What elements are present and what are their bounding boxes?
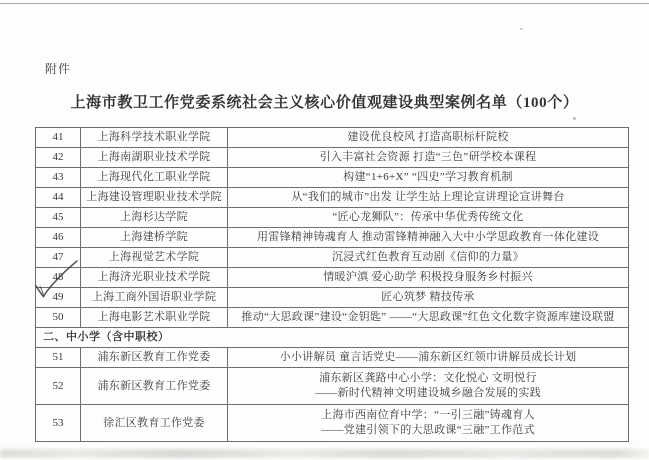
table-row: 42上海南湖职业技术学院引入丰富社会资源 打造“三色”研学校本课程 bbox=[36, 148, 629, 168]
case-number-cell: 49 bbox=[36, 288, 81, 308]
case-title-cell: 情暖沪滇 爱心助学 积极投身服务乡村振兴 bbox=[228, 268, 629, 288]
case-title-line: 情暖沪滇 爱心助学 积极投身服务乡村振兴 bbox=[230, 270, 626, 285]
case-title-line: 构建“1+6+X” “四史”学习教育机制 bbox=[230, 170, 626, 185]
case-number-cell: 46 bbox=[36, 228, 81, 248]
unit-name-cell: 上海视觉艺术学院 bbox=[81, 248, 228, 268]
case-number-cell: 44 bbox=[36, 188, 81, 208]
case-title-line: “匠心龙狮队”：传承中华优秀传统文化 bbox=[230, 210, 626, 225]
unit-name-cell: 上海工商外国语职业学院 bbox=[81, 288, 228, 308]
unit-name-cell: 浦东新区教育工作党委 bbox=[81, 368, 228, 405]
case-number-cell: 50 bbox=[36, 308, 81, 328]
case-title-cell: 匠心筑梦 精技传承 bbox=[228, 288, 629, 308]
table-row: 43上海现代化工职业学院构建“1+6+X” “四史”学习教育机制 bbox=[36, 168, 629, 188]
case-number-cell: 42 bbox=[36, 148, 81, 168]
case-title-cell: 浦东新区龚路中心小学：文化悦心 文明悦行——新时代精神文明建设城乡融合发展的实践 bbox=[228, 368, 629, 405]
scan-speck bbox=[520, 28, 523, 30]
table-row: 45上海杉达学院“匠心龙狮队”：传承中华优秀传统文化 bbox=[36, 208, 629, 228]
table-row: 51浦东新区教育工作党委小小讲解员 童言话党史——浦东新区红领巾讲解员成长计划 bbox=[36, 348, 629, 368]
case-title-cell: 小小讲解员 童言话党史——浦东新区红领巾讲解员成长计划 bbox=[228, 348, 629, 368]
case-number-cell: 47 bbox=[36, 248, 81, 268]
case-title-cell: 用雷锋精神铸魂育人 推动雷锋精神融入大中小学思政教育一体化建设 bbox=[228, 228, 629, 248]
scan-artifact-bottom-edge bbox=[0, 449, 649, 458]
case-number-cell: 48 bbox=[36, 268, 81, 288]
unit-name-cell: 上海科学技术职业学院 bbox=[81, 128, 228, 148]
table-row: 52浦东新区教育工作党委浦东新区龚路中心小学：文化悦心 文明悦行——新时代精神文… bbox=[36, 368, 629, 405]
case-title-line: 小小讲解员 童言话党史——浦东新区红领巾讲解员成长计划 bbox=[230, 350, 626, 365]
case-title-line: 浦东新区龚路中心小学：文化悦心 文明悦行 bbox=[230, 371, 626, 386]
case-title-cell: “匠心龙狮队”：传承中华优秀传统文化 bbox=[228, 208, 629, 228]
unit-name-cell: 上海建桥学院 bbox=[81, 228, 228, 248]
case-title-line: 建设优良校风 打造高职标杆院校 bbox=[230, 130, 626, 145]
unit-name-cell: 上海现代化工职业学院 bbox=[81, 168, 228, 188]
case-title-cell: 从“我们的城市”出发 让学生站上理论宣讲理论宣讲舞台 bbox=[228, 188, 629, 208]
case-number-cell: 45 bbox=[36, 208, 81, 228]
table-row: 53徐汇区教育工作党委上海市西南位育中学：“一引三融”铸魂育人——党建引领下的大… bbox=[36, 405, 629, 442]
unit-name-cell: 上海南湖职业技术学院 bbox=[81, 148, 228, 168]
table-row: 44上海建设管理职业技术学院从“我们的城市”出发 让学生站上理论宣讲理论宣讲舞台 bbox=[36, 188, 629, 208]
case-title-line: ——新时代精神文明建设城乡融合发展的实践 bbox=[230, 386, 626, 401]
table-row: 41上海科学技术职业学院建设优良校风 打造高职标杆院校 bbox=[36, 128, 629, 148]
case-title-cell: 建设优良校风 打造高职标杆院校 bbox=[228, 128, 629, 148]
case-list-table: 41上海科学技术职业学院建设优良校风 打造高职标杆院校42上海南湖职业技术学院引… bbox=[35, 127, 629, 442]
case-title-cell: 构建“1+6+X” “四史”学习教育机制 bbox=[228, 168, 629, 188]
document-title: 上海市教卫工作党委系统社会主义核心价值观建设典型案例名单（100个） bbox=[0, 91, 649, 112]
case-title-line: 匠心筑梦 精技传承 bbox=[230, 290, 626, 305]
case-number-cell: 41 bbox=[36, 128, 81, 148]
case-title-line: ——党建引领下的大思政课“三融”工作范式 bbox=[230, 423, 626, 438]
table-row: 46上海建桥学院用雷锋精神铸魂育人 推动雷锋精神融入大中小学思政教育一体化建设 bbox=[36, 228, 629, 248]
case-number-cell: 51 bbox=[36, 348, 81, 368]
unit-name-cell: 上海电影艺术职业学院 bbox=[81, 308, 228, 328]
section-header: 二、中小学（含中职校） bbox=[36, 328, 629, 348]
case-title-line: 从“我们的城市”出发 让学生站上理论宣讲理论宣讲舞台 bbox=[230, 190, 626, 205]
case-number-cell: 53 bbox=[36, 405, 81, 442]
scan-artifact-top-edge bbox=[0, 3, 649, 4]
table-row: 50上海电影艺术职业学院推动“大思政课”建设“金钥匙” ——“大思政课”红色文化… bbox=[36, 308, 629, 328]
case-title-line: 上海市西南位育中学：“一引三融”铸魂育人 bbox=[230, 408, 626, 423]
case-title-line: 用雷锋精神铸魂育人 推动雷锋精神融入大中小学思政教育一体化建设 bbox=[230, 230, 626, 245]
case-table-body: 41上海科学技术职业学院建设优良校风 打造高职标杆院校42上海南湖职业技术学院引… bbox=[36, 128, 629, 442]
table-row: 47上海视觉艺术学院沉浸式红色教育互动剧《信仰的力量》 bbox=[36, 248, 629, 268]
case-title-cell: 推动“大思政课”建设“金钥匙” ——“大思政课”红色文化数字资源库建设联盟 bbox=[228, 308, 629, 328]
unit-name-cell: 浦东新区教育工作党委 bbox=[81, 348, 228, 368]
scanned-document-page: 附件 上海市教卫工作党委系统社会主义核心价值观建设典型案例名单（100个） 41… bbox=[0, 0, 649, 460]
unit-name-cell: 徐汇区教育工作党委 bbox=[81, 405, 228, 442]
case-number-cell: 43 bbox=[36, 168, 81, 188]
case-title-cell: 上海市西南位育中学：“一引三融”铸魂育人——党建引领下的大思政课“三融”工作范式 bbox=[228, 405, 629, 442]
scan-speck bbox=[573, 117, 576, 120]
case-title-line: 沉浸式红色教育互动剧《信仰的力量》 bbox=[230, 250, 626, 265]
case-title-cell: 沉浸式红色教育互动剧《信仰的力量》 bbox=[228, 248, 629, 268]
table-row: 49上海工商外国语职业学院匠心筑梦 精技传承 bbox=[36, 288, 629, 308]
unit-name-cell: 上海建设管理职业技术学院 bbox=[81, 188, 228, 208]
case-title-cell: 引入丰富社会资源 打造“三色”研学校本课程 bbox=[228, 148, 629, 168]
section-row: 二、中小学（含中职校） bbox=[36, 328, 629, 348]
table-row: 48上海济光职业技术学院情暖沪滇 爱心助学 积极投身服务乡村振兴 bbox=[36, 268, 629, 288]
case-title-line: 引入丰富社会资源 打造“三色”研学校本课程 bbox=[230, 150, 626, 165]
attachment-label: 附件 bbox=[45, 60, 71, 77]
case-number-cell: 52 bbox=[36, 368, 81, 405]
unit-name-cell: 上海济光职业技术学院 bbox=[81, 268, 228, 288]
case-title-line: 推动“大思政课”建设“金钥匙” ——“大思政课”红色文化数字资源库建设联盟 bbox=[230, 310, 626, 325]
unit-name-cell: 上海杉达学院 bbox=[81, 208, 228, 228]
